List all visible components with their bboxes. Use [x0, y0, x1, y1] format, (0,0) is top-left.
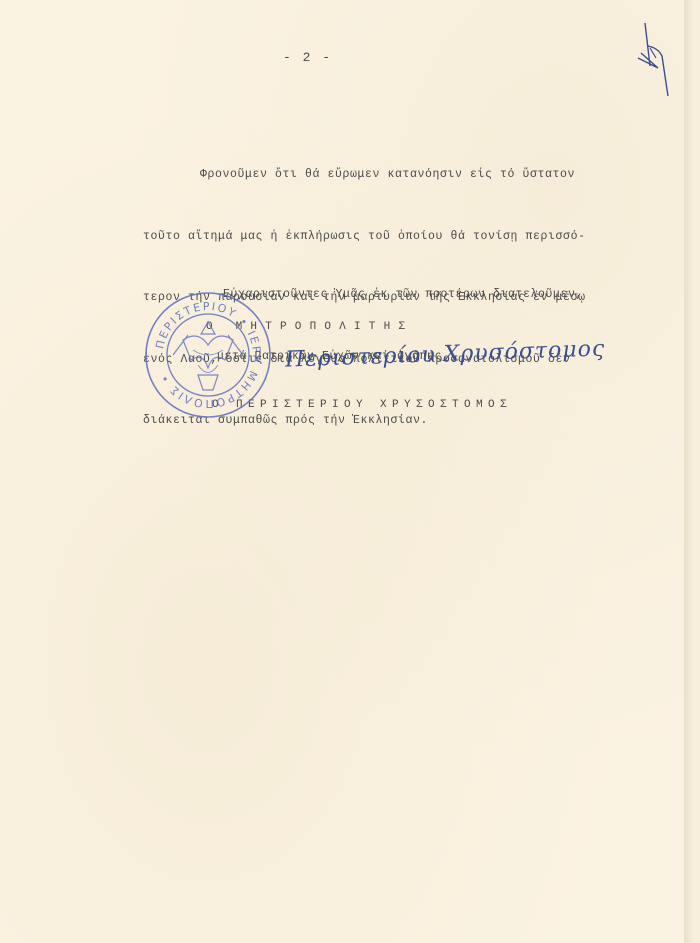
seal-stamp-icon: ΠΕΡΙΣΤΕΡΙΟΥ • ΙΕΡΑ ΜΗΤΡΟΠΟΛΙΣ •: [143, 290, 273, 420]
para2-line: Εὐχαριστοῦντες Ὑμᾶς ἐκ τῶν προτέρων διατ…: [223, 285, 583, 306]
initial-mark-icon: [636, 18, 676, 103]
page-number: - 2 -: [283, 50, 332, 65]
page-edge-shadow: [684, 0, 692, 943]
para1-line: Φρονοῦμεν ὅτι θά εὕρωμεν κατανόησιν εἰς …: [200, 165, 586, 186]
document-page: - 2 - Φρονοῦμεν ὅτι θά εὕρωμεν κατανόησι…: [0, 0, 692, 943]
